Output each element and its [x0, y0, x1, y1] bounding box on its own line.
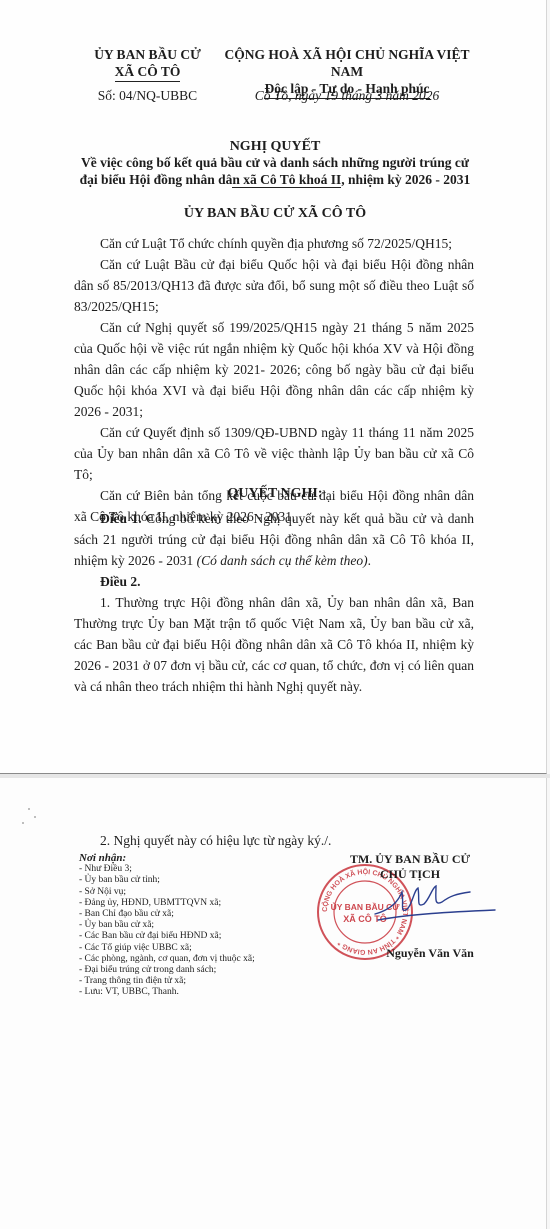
document-number: Số: 04/NQ-UBBC: [85, 88, 210, 104]
agency-locality: XÃ CÔ TÔ: [115, 63, 181, 82]
place-date: Cô Tô, ngày 19 tháng 3 năm 2026: [222, 88, 472, 104]
handwritten-signature-icon: [370, 880, 500, 930]
legal-basis: Căn cứ Quyết định số 1309/QĐ-UBND ngày 1…: [74, 422, 474, 485]
recipient-item: - Đảng ủy, HĐND, UBMTTQVN xã;: [79, 898, 255, 909]
article-2-clause-2: 2. Nghị quyết này có hiệu lực từ ngày ký…: [100, 833, 331, 849]
document-subtitle-line2: đại biểu Hội đồng nhân dân xã Cô Tô khoá…: [0, 172, 550, 188]
recipient-item: - Các Tổ giúp việc UBBC xã;: [79, 943, 255, 954]
document-page-1: ỦY BAN BẦU CỬ XÃ CÔ TÔ CỘNG HOÀ XÃ HỘI C…: [0, 0, 547, 774]
country-name: CỘNG HOÀ XÃ HỘI CHỦ NGHĨA VIỆT NAM: [222, 46, 472, 80]
recipients-list: - Như Điều 3;- Ủy ban bầu cử tỉnh;- Sở N…: [79, 864, 255, 998]
legal-bases: Căn cứ Luật Tổ chức chính quyền địa phươ…: [74, 233, 474, 527]
legal-basis: Căn cứ Nghị quyết số 199/2025/QH15 ngày …: [74, 317, 474, 422]
agency-name: ỦY BAN BẦU CỬ: [85, 46, 210, 63]
recipient-item: - Các Ban bầu cử đại biểu HĐND xã;: [79, 931, 255, 942]
recipient-item: - Lưu: VT, UBBC, Thanh.: [79, 987, 255, 998]
recipient-item: - Trang thông tin điện tử xã;: [79, 976, 255, 987]
legal-basis: Căn cứ Luật Tổ chức chính quyền địa phươ…: [74, 233, 474, 254]
recipients-label: Nơi nhận:: [79, 853, 255, 864]
decision-heading: QUYẾT NGHỊ:: [0, 486, 550, 502]
recipient-item: - Đại biểu trúng cử trong danh sách;: [79, 965, 255, 976]
issuing-agency: ỦY BAN BẦU CỬ XÃ CÔ TÔ: [85, 46, 210, 82]
signer-name: Nguyễn Văn Văn: [350, 946, 510, 961]
article-1: Điều 1. Công bố kèm theo Nghị quyết này …: [74, 508, 474, 571]
recipient-item: - Sở Nội vụ;: [79, 887, 255, 898]
document-title: NGHỊ QUYẾT: [0, 139, 550, 155]
article-2-clause-1: 1. Thường trực Hội đồng nhân dân xã, Ủy …: [74, 592, 474, 697]
recipient-item: - Ban Chỉ đạo bầu cử xã;: [79, 909, 255, 920]
recipient-item: - Như Điều 3;: [79, 864, 255, 875]
article-2-label: Điều 2.: [74, 571, 474, 592]
document-subtitle-line1: Về việc công bố kết quả bầu cử và danh s…: [0, 155, 550, 171]
articles: Điều 1. Công bố kèm theo Nghị quyết này …: [74, 508, 474, 697]
recipient-item: - Ủy ban bầu cử xã;: [79, 920, 255, 931]
recipients-block: Nơi nhận: - Như Điều 3;- Ủy ban bầu cử t…: [79, 853, 255, 999]
signature-block: TM. ỦY BAN BẦU CỬ CHỦ TỊCH: [310, 852, 510, 882]
recipient-item: - Các phòng, ngành, cơ quan, đơn vị thuộ…: [79, 954, 255, 965]
recipient-item: - Ủy ban bầu cử tỉnh;: [79, 875, 255, 886]
issuer-heading: ỦY BAN BẦU CỬ XÃ CÔ TÔ: [0, 206, 550, 222]
on-behalf-of: TM. ỦY BAN BẦU CỬ: [310, 852, 510, 867]
legal-basis: Căn cứ Luật Bầu cử đại biểu Quốc hội và …: [74, 254, 474, 317]
